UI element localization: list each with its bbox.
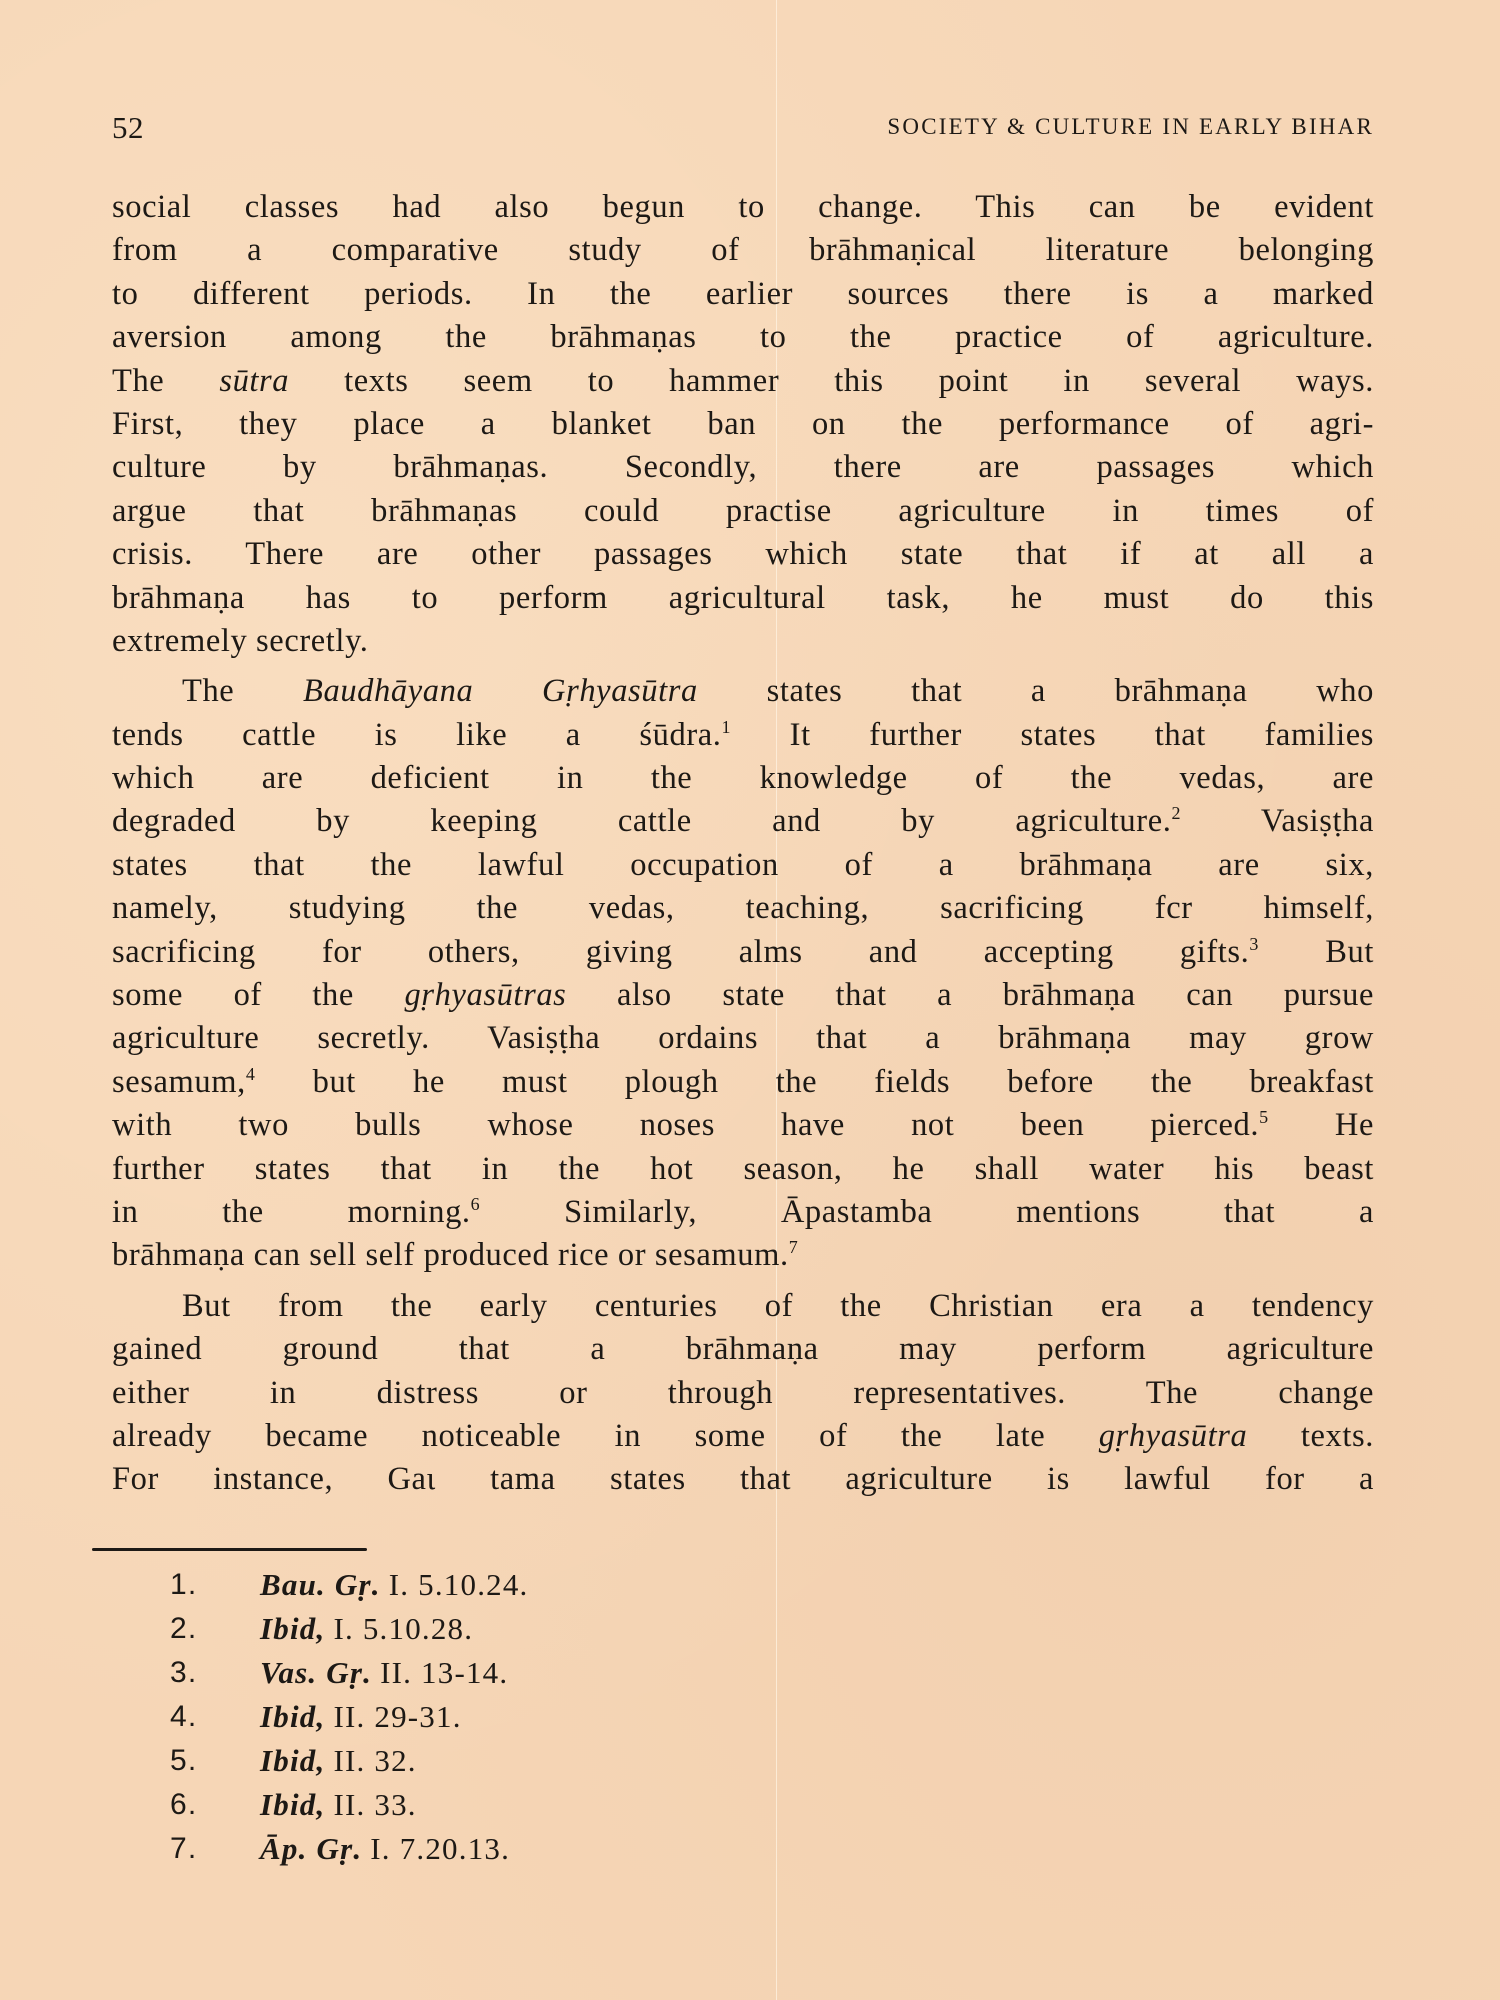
- footnote-separator-rule: [92, 1548, 367, 1551]
- italic-term: sūtra: [219, 363, 289, 399]
- text-line: agriculture secretly. Vasiṣṭha ordains t…: [112, 1017, 1374, 1060]
- text-line: namely, studying the vedas, teaching, sa…: [112, 887, 1374, 930]
- text-line: with two bulls whose noses have not been…: [112, 1104, 1374, 1147]
- footnote-marker: 1: [722, 717, 732, 737]
- footnote-marker: 2: [1171, 803, 1181, 823]
- footnote-item: 4. Ibid, II. 29-31.: [170, 1695, 770, 1739]
- text-line: For instance, Gaι tama states that agric…: [112, 1458, 1374, 1501]
- footnote-source-abbr: Ibid,: [260, 1739, 325, 1783]
- text-line: degraded by keeping cattle and by agricu…: [112, 800, 1374, 843]
- text-line: tends cattle is like a śūdra.1 It furthe…: [112, 714, 1374, 757]
- book-page: 52 SOCIETY & CULTURE IN EARLY BIHAR soci…: [0, 0, 1500, 2000]
- text-line: First, they place a blanket ban on the p…: [112, 403, 1374, 446]
- footnote-number: 2.: [170, 1607, 260, 1651]
- text-line: The Baudhāyana Gṛhyasūtra states that a …: [112, 670, 1374, 713]
- text-line: some of the gṛhyasūtras also state that …: [112, 974, 1374, 1017]
- footnote-marker: 7: [789, 1237, 799, 1257]
- text-line: from a comparative study of brāhmaṇical …: [112, 229, 1374, 272]
- text-line: states that the lawful occupation of a b…: [112, 844, 1374, 887]
- text-line: sesamum,4 but he must plough the fields …: [112, 1061, 1374, 1104]
- footnote-marker: 6: [471, 1194, 481, 1214]
- footnote-marker: 3: [1249, 934, 1259, 954]
- footnotes-list: 1. Bau. Gṛ. I. 5.10.24. 2. Ibid, I. 5.10…: [170, 1563, 770, 1871]
- footnote-number: 7.: [170, 1827, 260, 1871]
- text-line: already became noticeable in some of the…: [112, 1415, 1374, 1458]
- footnote-reference: II. 13-14.: [380, 1651, 508, 1695]
- footnote-reference: I. 5.10.28.: [333, 1607, 473, 1651]
- footnote-marker: 4: [246, 1064, 256, 1084]
- text-line: But from the early centuries of the Chri…: [112, 1285, 1374, 1328]
- footnote-number: 4.: [170, 1695, 260, 1739]
- text-line: sacrificing for others, giving alms and …: [112, 931, 1374, 974]
- footnote-reference: I. 7.20.13.: [370, 1827, 510, 1871]
- paragraph-1: social classes had also begun to change.…: [112, 186, 1374, 663]
- text-line: argue that brāhmaṇas could practise agri…: [112, 490, 1374, 533]
- footnote-item: 3. Vas. Gṛ. II. 13-14.: [170, 1651, 770, 1695]
- running-title: SOCIETY & CULTURE IN EARLY BIHAR: [887, 114, 1374, 140]
- text-line: brāhmaṇa has to perform agricultural tas…: [112, 577, 1374, 620]
- page-number: 52: [112, 110, 144, 146]
- footnote-source-abbr: Ibid,: [260, 1783, 325, 1827]
- footnote-item: 6. Ibid, II. 33.: [170, 1783, 770, 1827]
- paragraph-3: But from the early centuries of the Chri…: [112, 1285, 1374, 1502]
- footnote-number: 6.: [170, 1783, 260, 1827]
- text-line: social classes had also begun to change.…: [112, 186, 1374, 229]
- text-line: brāhmaṇa can sell self produced rice or …: [112, 1234, 1374, 1277]
- footnote-source-abbr: Ibid,: [260, 1695, 325, 1739]
- text-line: in the morning.6 Similarly, Āpastamba me…: [112, 1191, 1374, 1234]
- italic-term: gṛhyasūtras: [405, 977, 567, 1013]
- footnote-item: 2. Ibid, I. 5.10.28.: [170, 1607, 770, 1651]
- footnote-marker: 5: [1259, 1107, 1269, 1127]
- footnote-reference: II. 29-31.: [333, 1695, 461, 1739]
- footnote-item: 5. Ibid, II. 32.: [170, 1739, 770, 1783]
- text-line: aversion among the brāhmaṇas to the prac…: [112, 316, 1374, 359]
- italic-term: gṛhyasūtra: [1099, 1418, 1248, 1454]
- footnote-reference: II. 33.: [333, 1783, 416, 1827]
- footnote-number: 5.: [170, 1739, 260, 1783]
- text-line: The sūtra texts seem to hammer this poin…: [112, 360, 1374, 403]
- footnote-source-abbr: Ibid,: [260, 1607, 325, 1651]
- text-line: which are deficient in the knowledge of …: [112, 757, 1374, 800]
- text-line: gained ground that a brāhmaṇa may perfor…: [112, 1328, 1374, 1371]
- text-line: crisis. There are other passages which s…: [112, 533, 1374, 576]
- running-head: 52 SOCIETY & CULTURE IN EARLY BIHAR: [112, 110, 1374, 150]
- footnote-reference: II. 32.: [333, 1739, 416, 1783]
- footnote-number: 1.: [170, 1563, 260, 1607]
- footnote-reference: I. 5.10.24.: [389, 1563, 529, 1607]
- text-line: culture by brāhmaṇas. Secondly, there ar…: [112, 446, 1374, 489]
- text-line: to different periods. In the earlier sou…: [112, 273, 1374, 316]
- footnote-source-abbr: Āp. Gṛ.: [260, 1827, 362, 1871]
- footnote-source-abbr: Vas. Gṛ.: [260, 1651, 372, 1695]
- text-line: extremely secretly.: [112, 620, 1374, 663]
- text-line: either in distress or through representa…: [112, 1372, 1374, 1415]
- italic-term: Baudhāyana Gṛhyasūtra: [303, 673, 698, 709]
- footnote-number: 3.: [170, 1651, 260, 1695]
- footnote-item: 7. Āp. Gṛ. I. 7.20.13.: [170, 1827, 770, 1871]
- body-text: social classes had also begun to change.…: [112, 186, 1374, 1509]
- paragraph-2: The Baudhāyana Gṛhyasūtra states that a …: [112, 670, 1374, 1277]
- footnote-source-abbr: Bau. Gṛ.: [260, 1563, 381, 1607]
- text-line: further states that in the hot season, h…: [112, 1148, 1374, 1191]
- footnote-item: 1. Bau. Gṛ. I. 5.10.24.: [170, 1563, 770, 1607]
